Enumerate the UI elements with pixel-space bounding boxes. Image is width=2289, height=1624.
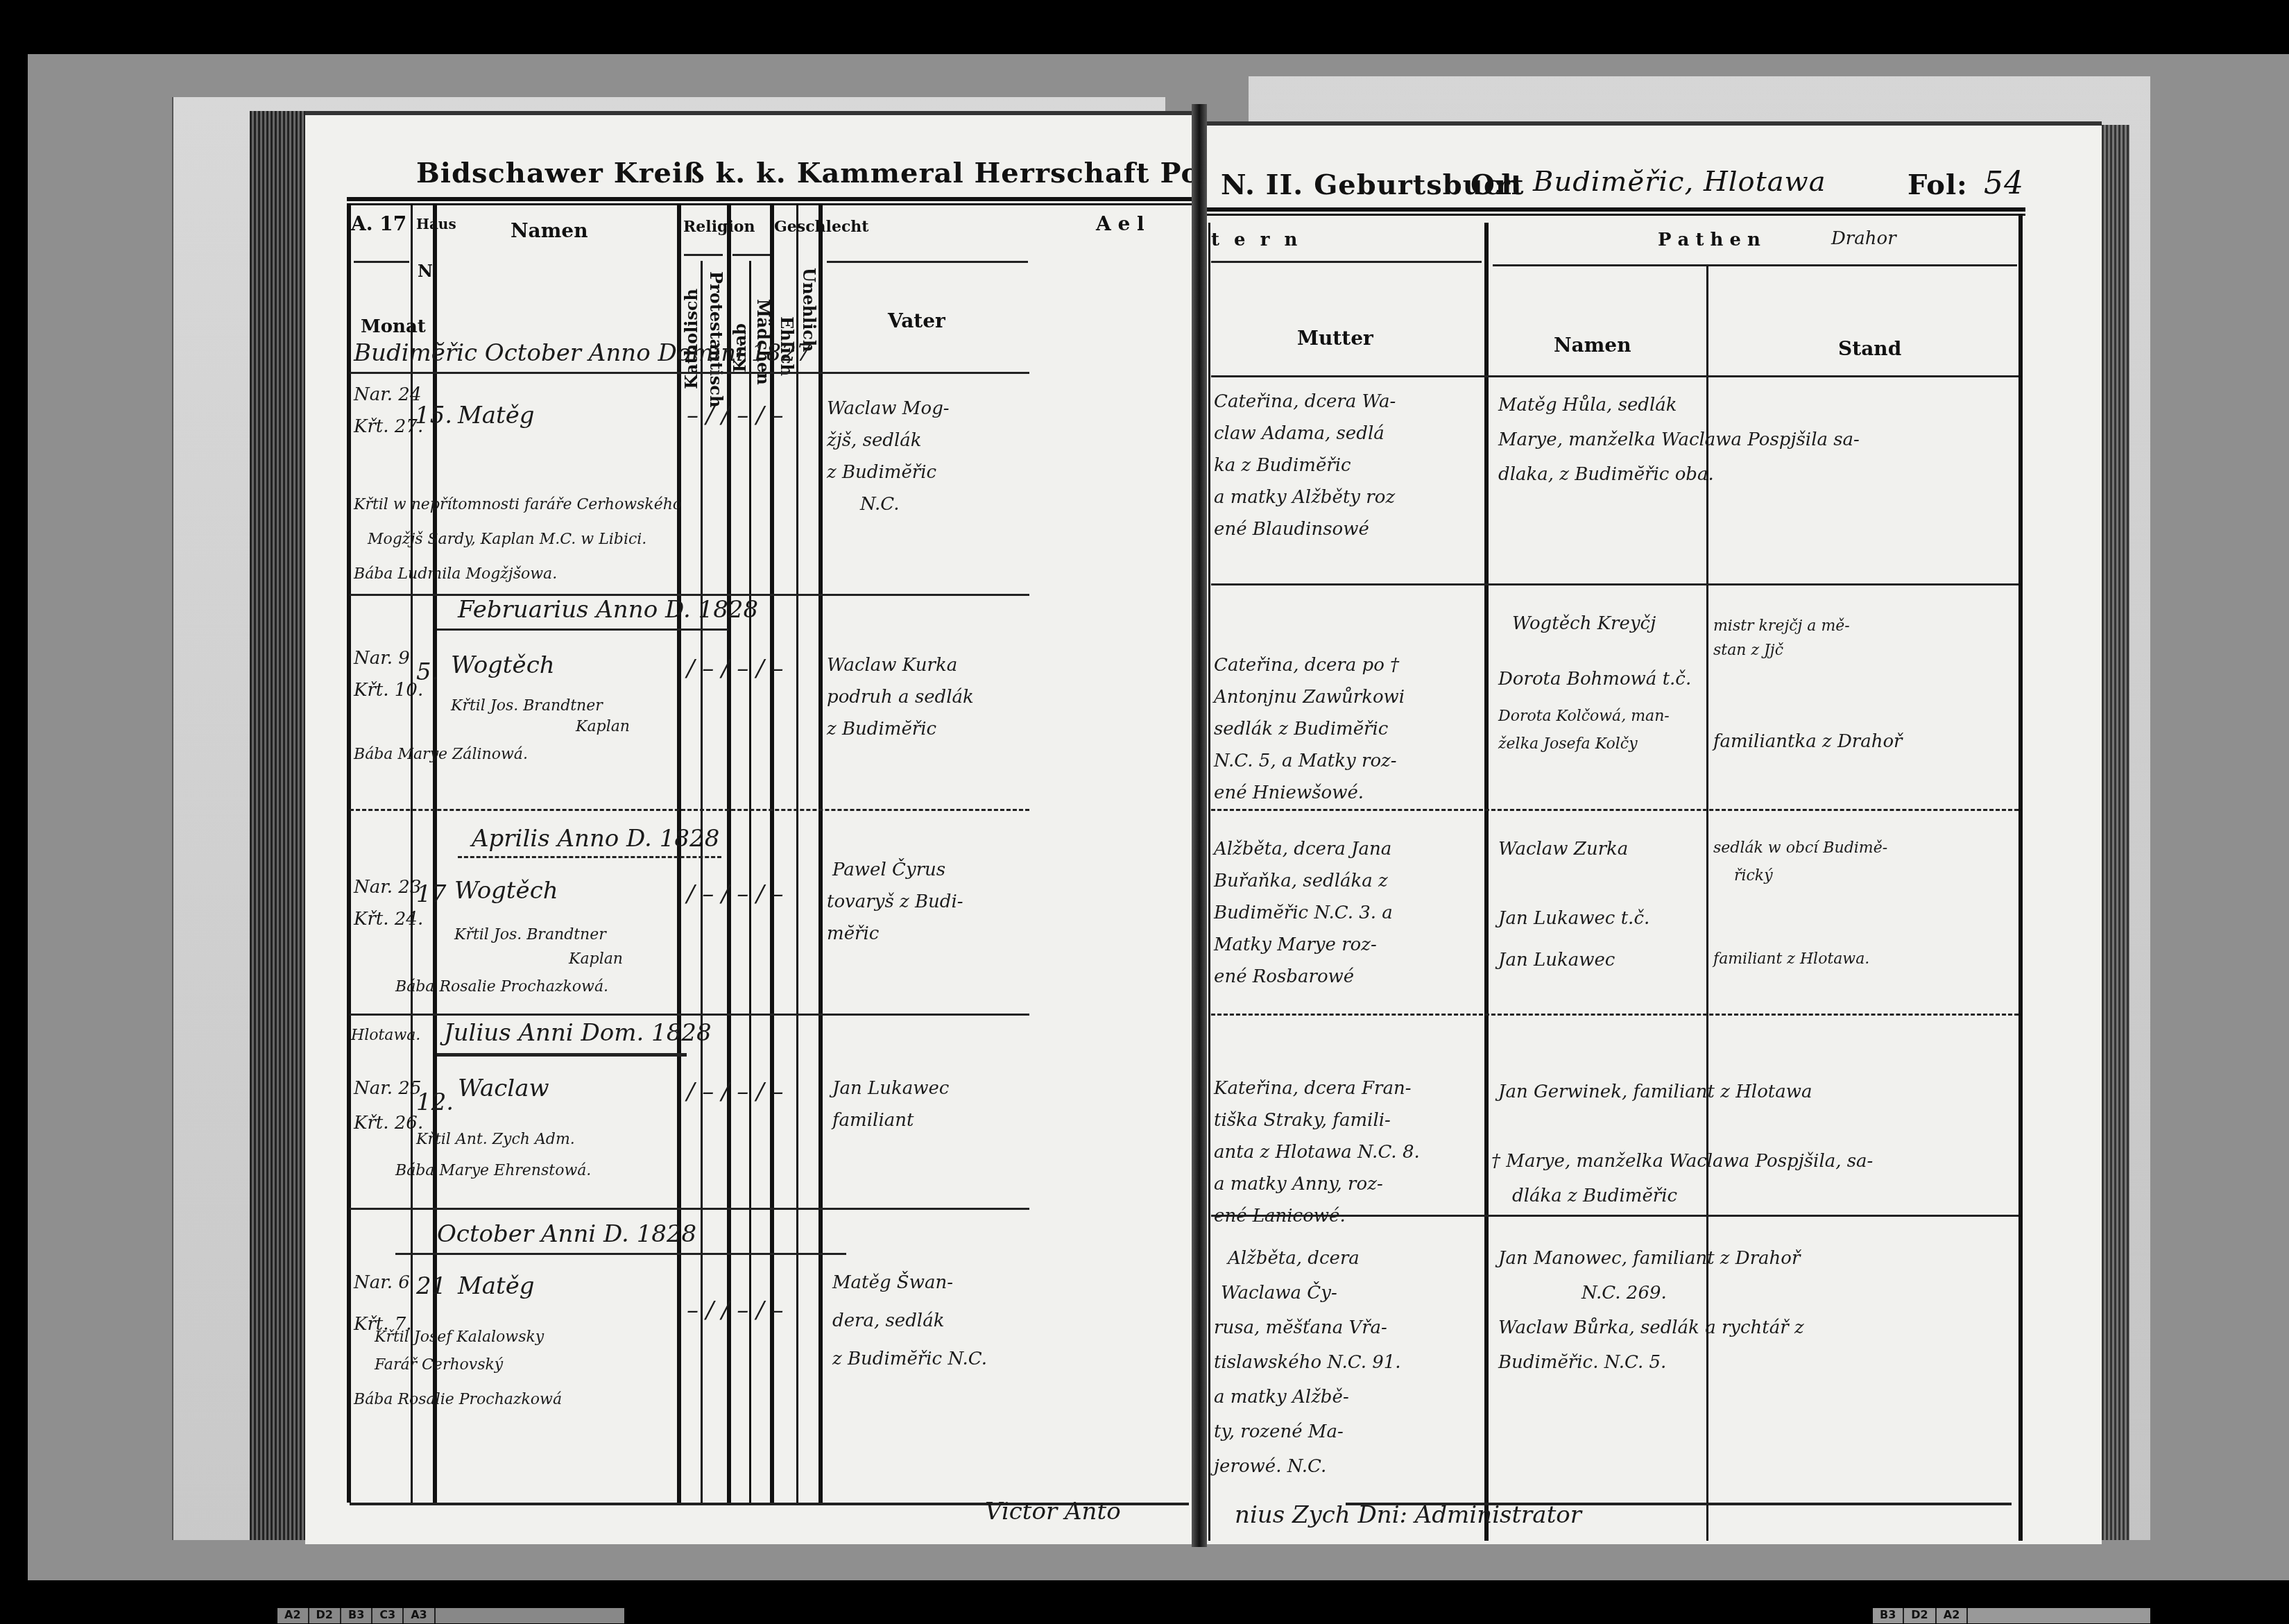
entry-date: Nar. 6 (354, 1267, 410, 1299)
entry-house: 21 (416, 1270, 446, 1302)
stand-line: sedlák w obcí Budimě- (1713, 833, 1887, 864)
stand-line: řický (1734, 861, 1773, 891)
entry-date: Křt. 27. (354, 411, 423, 443)
entry-name: Wogtěch (454, 875, 558, 907)
subheader-rule (684, 254, 723, 256)
header-left-title: Bidschawer Kreiß k. k. Kammeral Herrscha… (416, 157, 1324, 189)
col-header-monat: Monat (361, 316, 426, 337)
header-ort-value: Budimĕřic, Hlotawa (1533, 166, 1826, 198)
mother-line: Alžběta, dcera (1228, 1242, 1360, 1274)
col-header-namen: Namen (511, 219, 588, 242)
col-header-mutter: Mutter (1297, 327, 1373, 350)
heading-underline (395, 1253, 846, 1255)
entry-house: 15. (415, 400, 452, 431)
col-divider (1484, 223, 1489, 1541)
godparent-line: želka Josefa Kolčy (1498, 729, 1638, 760)
subheader-rule (354, 261, 409, 263)
subheader-rule (1211, 261, 1482, 263)
entry-house: 5. (416, 656, 438, 688)
mother-line: ka z Budimĕřic (1214, 450, 1351, 481)
godparent-line: † Marye, manželka Waclawa Pospjšila, sa- (1491, 1145, 1873, 1177)
mother-line: tiška Straky, famili- (1214, 1104, 1391, 1136)
godparent-line: Budimĕřic. N.C. 5. (1498, 1347, 1666, 1378)
row-divider (350, 809, 1029, 811)
heading-underline (437, 629, 728, 631)
strip-label: A2 (1937, 1608, 1969, 1623)
godparent-line: N.C. 269. (1581, 1277, 1667, 1309)
mother-line: Antonjnu Zawůrkowi (1214, 681, 1405, 713)
col-header-haus-n: N. (418, 261, 438, 281)
baptism-note: Bába Ludmila Mogžjšowa. (354, 559, 557, 590)
godparent-line: Jan Manowec, familiant z Drahoř (1498, 1242, 1800, 1274)
row-divider (1211, 1014, 2018, 1016)
baptism-note: Bába Marye Ehrenstowá. (395, 1156, 591, 1186)
entry-marks: – / / – / – (687, 400, 783, 431)
mother-line: Budimĕřic N.C. 3. a (1214, 897, 1393, 929)
mother-line: Cateřina, dcera Wa- (1214, 386, 1396, 418)
col-header-eltern-left: A e l (1096, 212, 1144, 235)
godparent-line: Wogtěch Kreyčj (1512, 608, 1656, 640)
baptism-note: Bába Rosalie Prochazkowá (354, 1385, 562, 1415)
mother-line: Cateřina, dcera po † (1214, 649, 1399, 681)
godparent-line: Jan Lukawec (1498, 944, 1615, 976)
godparent-line: Waclaw Bůrka, sedlák a rychtář z (1498, 1312, 1804, 1344)
col-header-pathen-namen: Namen (1554, 334, 1631, 357)
row-divider (1211, 809, 2018, 811)
col-header-pathen: P a t h e n (1658, 230, 1760, 250)
row-divider (1211, 583, 2018, 586)
folio-value: 54 (1984, 166, 2024, 201)
baptism-note: Bába Rosalie Prochazkowá. (395, 972, 608, 1002)
col-divider (1208, 223, 1210, 1541)
entry-date: Nar. 9 (354, 642, 410, 674)
strip-label: A3 (404, 1608, 436, 1623)
header-rule (1207, 207, 2025, 216)
section-heading: Februarius Anno D. 1828 (458, 594, 758, 626)
entry-date: Křt. 10. (354, 674, 423, 706)
subheader-rule (732, 254, 770, 256)
baptism-note: Kaplan (569, 944, 623, 975)
entry-name: Matěg (458, 1270, 535, 1302)
entry-date: Křt. 24. (354, 903, 423, 935)
mother-line: a matky Alžběty roz (1214, 481, 1395, 513)
section-heading: Budimĕřic October Anno Domini 1827 (354, 337, 811, 369)
col-header-stand: Stand (1838, 337, 1901, 360)
father-line: dera, sedlák (832, 1305, 944, 1337)
right-page: N. II. Geburtsbuch Ort Budimĕřic, Hlotaw… (1207, 121, 2102, 1544)
header-rule (347, 197, 1193, 205)
father-line: tovaryš z Budi- (827, 886, 963, 918)
father-line: z Budimĕřic N.C. (832, 1343, 987, 1375)
entry-date: Nar. 23 (354, 871, 421, 903)
signature-right: nius Zych Dni: Administrator (1235, 1499, 1581, 1531)
section-place: Hlotawa. (351, 1020, 420, 1051)
godparent-line: Dorota Kolčowá, man- (1498, 701, 1670, 732)
baptism-note: Křtil Ant. Zych Adm. (416, 1125, 575, 1155)
strip-label: D2 (309, 1608, 341, 1623)
entry-name: Waclaw (458, 1072, 549, 1104)
father-line: z Budimĕřic (827, 713, 936, 745)
godparent-line: dlaka, z Budimĕřic oba. (1498, 459, 1714, 490)
strip-label: D2 (1904, 1608, 1936, 1623)
father-line: žjš, sedlák (827, 425, 922, 456)
father-line: mĕřic (827, 918, 879, 950)
mother-line: Matky Marye roz- (1214, 929, 1377, 961)
mother-line: ené Lanicowé. (1214, 1200, 1346, 1232)
father-line: Pawel Čyrus (832, 854, 945, 886)
col-divider (1706, 264, 1708, 1541)
godparent-line: Waclaw Zurka (1498, 833, 1628, 865)
stand-line: stan z Jjč (1713, 635, 1783, 666)
col-header-religion: Religion (683, 218, 755, 236)
entry-marks: / – / – / – (687, 1076, 783, 1108)
signature-left: Victor Anto (985, 1496, 1121, 1528)
father-line: Matěg Šwan- (832, 1267, 953, 1299)
header-ort-label: Ort (1471, 169, 1524, 201)
mother-line: a matky Alžbě- (1214, 1381, 1349, 1413)
entry-marks: – / / – / – (687, 1294, 783, 1326)
folio-label: Fol: (1907, 169, 1968, 201)
baptism-note: Farář Cerhovský (375, 1350, 503, 1381)
baptism-note: Mogžjš Sardy, Kaplan M.C. w Libici. (368, 524, 646, 555)
col-divider (818, 205, 823, 1503)
godparent-line: dláka z Budimĕřic (1512, 1180, 1677, 1212)
entry-marks: / – / – / – (687, 878, 783, 910)
stand-line: familiant z Hlotawa. (1713, 944, 1869, 975)
entry-marks: / – / – / – (687, 653, 783, 685)
book-gutter (1192, 104, 1207, 1547)
mother-line: anta z Hlotawa N.C. 8. (1214, 1136, 1420, 1168)
father-line: N.C. (860, 488, 900, 520)
entry-name: Wogtěch (451, 649, 555, 681)
mother-line: ené Rosbarowé (1214, 961, 1354, 993)
father-line: Waclaw Mog- (827, 393, 950, 425)
strip-label: A2 (277, 1608, 309, 1623)
table-border-left (347, 205, 351, 1503)
mother-line: tislawského N.C. 91. (1214, 1347, 1401, 1378)
mother-line: ené Hniewšowé. (1214, 777, 1364, 809)
page-number: A. 17 (351, 212, 406, 235)
strip-label: B3 (1873, 1608, 1904, 1623)
strip-label: B3 (341, 1608, 372, 1623)
row-divider (350, 1014, 1029, 1016)
godparent-line: Jan Lukawec t.č. (1498, 903, 1649, 934)
mother-line: ty, rozené Ma- (1214, 1416, 1344, 1448)
mother-line: N.C. 5, a Matky roz- (1214, 745, 1397, 777)
godparent-line: Marye, manželka Waclawa Pospjšila sa- (1498, 424, 1860, 456)
pathen-note: Drahor (1831, 223, 1896, 255)
baptism-note: Křtil Josef Kalalowsky (375, 1322, 544, 1353)
mother-line: Kateřina, dcera Fran- (1214, 1072, 1412, 1104)
godparent-line: Dorota Bohmowá t.č. (1498, 663, 1691, 695)
mother-line: sedlák z Budimĕřic (1214, 713, 1388, 745)
row-divider (350, 372, 1029, 374)
col-header-haus: Haus (416, 216, 456, 232)
mother-line: a matky Anny, roz- (1214, 1168, 1383, 1200)
godparent-line: Jan Gerwinek, familiant z Hlotawa (1498, 1076, 1812, 1108)
mother-line: Waclawa Čy- (1221, 1277, 1337, 1309)
baptism-note: Křtil w nepřítomnosti faráře Cerhowského (354, 490, 682, 520)
mother-line: claw Adama, sedlá (1214, 418, 1384, 450)
table-border-right (2018, 216, 2023, 1541)
section-heading: Julius Anni Dom. 1828 (444, 1017, 712, 1049)
baptism-note: Bába Marye Zálinowá. (354, 740, 528, 770)
father-line: familiant (832, 1104, 914, 1136)
row-divider (350, 1208, 1029, 1210)
entry-date: Nar. 25 (354, 1072, 421, 1104)
entry-date: Nar. 24 (354, 379, 421, 411)
father-line: Waclaw Kurka (827, 649, 957, 681)
heading-underline (458, 856, 721, 858)
entry-date: Křt. 26. (354, 1107, 423, 1139)
mother-line: Alžběta, dcera Jana (1214, 833, 1391, 865)
entry-house: 12. (416, 1086, 454, 1118)
baptism-note: Kaplan (576, 712, 630, 742)
col-header-vater: Vater (888, 309, 945, 332)
heading-underline (437, 1053, 687, 1057)
scan-strip-left: A2 D2 B3 C3 A3 (277, 1608, 624, 1623)
book-page-edges-left (250, 111, 305, 1540)
father-line: Jan Lukawec (832, 1072, 949, 1104)
subheader-rule (827, 261, 1028, 263)
entry-house: 17 (416, 878, 446, 910)
row-divider (1211, 375, 2018, 377)
col-header-geschlecht: Geschlecht (774, 218, 868, 236)
mother-line: Buřaňka, sedláka z (1214, 865, 1388, 897)
entry-name: Matěg (458, 400, 535, 431)
left-page: Bidschawer Kreiß k. k. Kammeral Herrscha… (305, 111, 1192, 1544)
mother-line: ené Blaudinsowé (1214, 513, 1369, 545)
strip-label: C3 (372, 1608, 404, 1623)
godparent-line: Matěg Hůla, sedlák (1498, 389, 1677, 421)
mother-line: rusa, mĕšťana Vřa- (1214, 1312, 1387, 1344)
col-divider (796, 205, 798, 1503)
section-heading: October Anni D. 1828 (437, 1218, 696, 1250)
col-header-eltern-right: t e r n (1211, 230, 1301, 250)
father-line: z Budimĕřic (827, 456, 936, 488)
scan-strip-right: B3 D2 A2 (1873, 1608, 2150, 1623)
stand-line: familiantka z Drahoř (1713, 726, 1903, 758)
section-heading: Aprilis Anno D. 1828 (472, 823, 719, 855)
mother-line: jerowé. N.C. (1214, 1451, 1326, 1482)
subheader-rule (1493, 264, 2017, 266)
father-line: podruh a sedlák (827, 681, 974, 713)
